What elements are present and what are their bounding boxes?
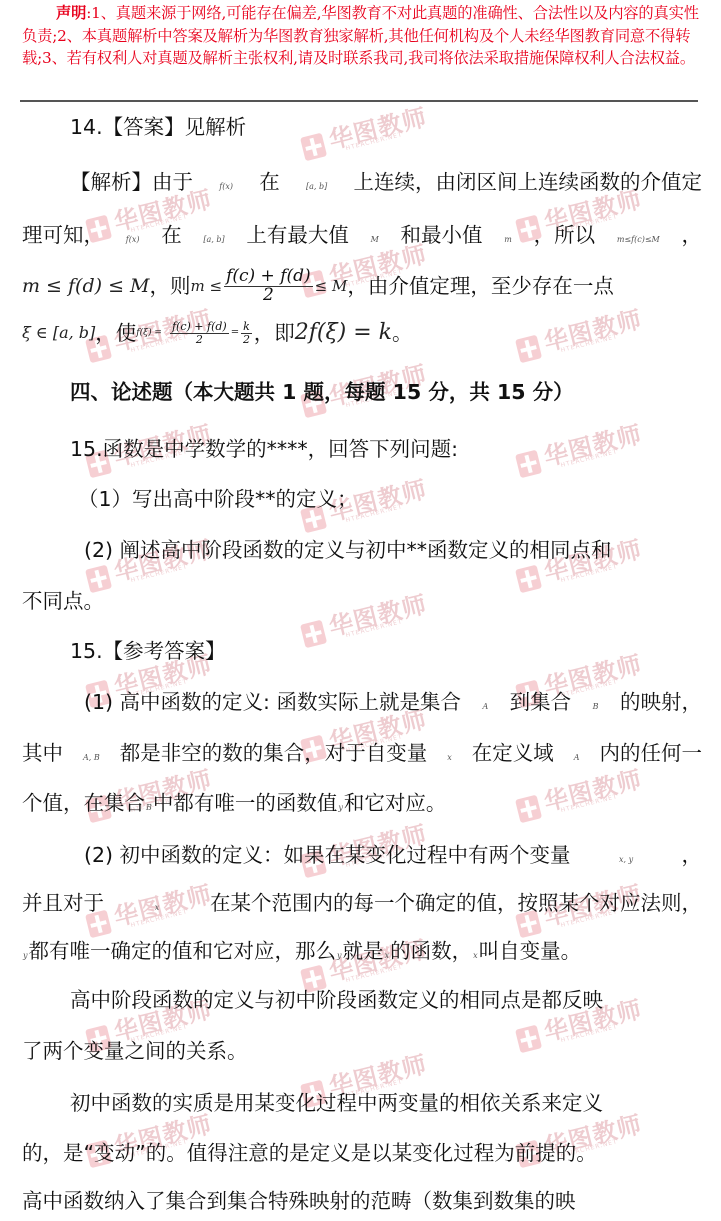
math-inequality-d: m ≤ f(d) ≤ M bbox=[22, 271, 150, 301]
math-max: M bbox=[371, 225, 379, 255]
q15-answer-1-line-2: 其中 A, B 都是非空的数的集合，对于自变量 x 在定义域 A 内的任何一 bbox=[22, 738, 702, 773]
q15-answer-1-line-3: 个值，在集合B中都有唯一的函数值y和它对应。 bbox=[22, 788, 702, 823]
q15-reference-heading: 15.【参考答案】 bbox=[70, 636, 702, 666]
document-page: 华图教师HTEACHER.NET 华图教师HTEACHER.NET 华图教师HT… bbox=[0, 0, 721, 1221]
q15-stem: 15.函数是中学数学的****，回答下列问题: bbox=[70, 434, 702, 464]
q15-answer-2-line-2: 并且对于 x 在某个范围内的每一个确定的值，按照某个对应法则， bbox=[22, 888, 702, 923]
disclaimer-lead: 声明 bbox=[56, 4, 86, 22]
q15-sub-question-2: (2) 阐述高中阶段函数的定义与初中**函数定义的相同点和 bbox=[84, 535, 716, 565]
q15-same-points-line-2: 了两个变量之间的关系。 bbox=[22, 1036, 702, 1066]
q15-same-points-line-1: 高中阶段函数的定义与初中阶段函数定义的相同点是都反映 bbox=[70, 985, 702, 1015]
q15-diff-points-line-1: 初中函数的实质是用某变化过程中两变量的相依关系来定义 bbox=[70, 1088, 702, 1118]
q14-answer-heading: 14.【答案】见解析 bbox=[70, 112, 702, 142]
math-fx: f(x) bbox=[219, 172, 233, 202]
math-result: 2f(ξ) = k bbox=[295, 318, 392, 348]
math-interval: [a, b] bbox=[203, 225, 224, 255]
header-divider bbox=[20, 100, 698, 102]
math-fraction: f(c) + f(d)2 bbox=[224, 268, 313, 305]
q14-analysis-line-3: m ≤ f(d) ≤ M ，则 m ≤ f(c) + f(d)2 ≤ M ，由介… bbox=[22, 268, 702, 305]
section-heading: 四、论述题（本大题共 1 题，每题 15 分，共 15 分） bbox=[70, 377, 702, 407]
disclaimer-text: :1、真题来源于网络,可能存在偏差,华图教育不对此真题的准确性、合法性以及内容的… bbox=[22, 4, 699, 67]
math-interval: [a, b] bbox=[306, 172, 327, 202]
q15-answer-2-line-1: (2) 初中函数的定义：如果在某变化过程中有两个变量 x, y ， bbox=[84, 840, 702, 875]
math-fraction: k2 bbox=[241, 321, 252, 345]
math-xi-in-interval: ξ ∈ [a, b] bbox=[22, 318, 95, 348]
q15-answer-1-line-1: (1) 高中函数的定义: 函数实际上就是集合 A 到集合 B 的映射， bbox=[84, 687, 702, 722]
math-fx: f(x) bbox=[126, 225, 140, 255]
q15-diff-points-line-3: 高中函数纳入了集合到集合特殊映射的范畴（数集到数集的映 bbox=[22, 1186, 702, 1216]
math-inequality: m≤f(c)≤M bbox=[617, 225, 660, 255]
q14-analysis-line-2: 理可知， f(x) 在 [a, b] 上有最大值 M 和最小值 m ，所以 m≤… bbox=[22, 220, 702, 255]
math-fraction: f(c) + f(d)2 bbox=[170, 321, 229, 345]
math-min: m bbox=[504, 225, 512, 255]
q15-sub-question-2-cont: 不同点。 bbox=[22, 586, 702, 616]
q14-analysis-line-4: ξ ∈ [a, b] ，使 f(ξ) = f(c) + f(d)2 = k2 ，… bbox=[22, 318, 702, 348]
q14-analysis-line-1: 【解析】由于 f(x) 在 [a, b] 上连续，由闭区间上连续函数的介值定 bbox=[70, 167, 702, 202]
disclaimer-notice: 声明:1、真题来源于网络,可能存在偏差,华图教育不对此真题的准确性、合法性以及内… bbox=[22, 2, 702, 70]
q15-diff-points-line-2: 的，是“变动”的。值得注意的是定义是以某变化过程为前提的。 bbox=[22, 1138, 702, 1168]
q15-answer-2-line-3: y都有唯一确定的值和它对应，那么y就是x的函数，x叫自变量。 bbox=[22, 936, 702, 971]
q15-sub-question-1: （1）写出高中阶段**的定义； bbox=[78, 484, 721, 514]
